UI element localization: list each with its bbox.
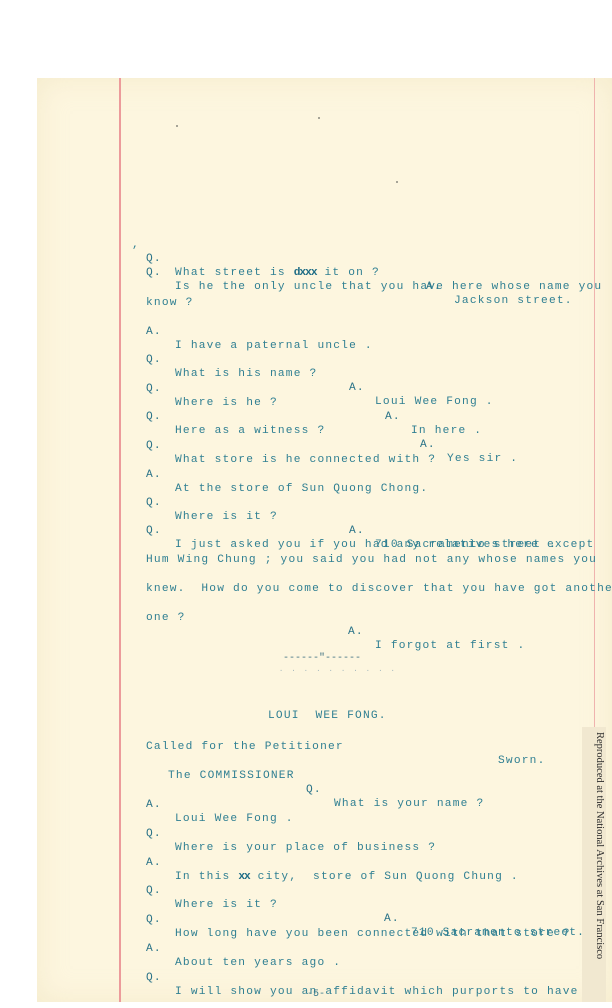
question-text: What is his name ?	[175, 367, 317, 381]
question-text: Where is it ?	[175, 898, 278, 912]
question-text: Where is it ?	[175, 510, 278, 524]
answer-text: Loui Wee Fong .	[375, 395, 494, 409]
stray-mark: ,	[132, 238, 140, 252]
question-label: Q.	[146, 884, 162, 898]
question-text: I will show you an affidavit which purpo…	[175, 985, 579, 999]
answer-text: In here .	[411, 424, 482, 438]
page-number: -5-	[307, 989, 325, 1000]
answer-text: I forgot at first .	[375, 639, 525, 653]
answer-text: At the store of Sun Quong Chong.	[175, 482, 428, 496]
question-label: Q.	[146, 266, 162, 280]
question-text: knew. How do you come to discover that y…	[146, 582, 612, 596]
question-label: Q.	[146, 913, 162, 927]
answer-label: A.	[348, 625, 364, 639]
question-text: How long have you been connected with th…	[175, 927, 571, 941]
answer-text: I have a paternal uncle .	[175, 339, 373, 353]
question-text-part: What street is	[175, 267, 294, 279]
answer-text-part: city, store of Sun Quong Chung .	[250, 871, 519, 883]
question-text: Is he the only uncle that you have here …	[175, 280, 602, 294]
witness-heading-line: LOUI WEE FONG.	[0, 695, 16, 723]
paper-speck	[396, 181, 398, 183]
question-label: Q.	[146, 524, 162, 538]
answer-text: In this xx city, store of Sun Quong Chun…	[175, 870, 519, 884]
answer-label: A.	[349, 381, 365, 395]
question-label: Q.	[146, 382, 162, 396]
answer-text: Loui Wee Fong .	[175, 812, 294, 826]
answer-label: A.	[420, 438, 436, 452]
question-text-part: it on ?	[317, 267, 380, 279]
transcript-line: know ?	[0, 282, 16, 310]
question-label: Q.	[146, 439, 162, 453]
question-text: I just asked you if you had any relative…	[175, 538, 594, 552]
answer-label: A.	[349, 524, 365, 538]
question-text: Here as a witness ?	[175, 424, 325, 438]
answer-label: A.	[146, 325, 162, 339]
question-label: Q.	[146, 496, 162, 510]
answer-label: A.	[146, 942, 162, 956]
question-text: Where is your place of business ?	[175, 841, 436, 855]
answer-label: A.	[385, 410, 401, 424]
transcript-line: Hum Wing Chung ; you said you had not an…	[0, 539, 16, 567]
section-separator: ------"------	[283, 653, 361, 664]
question-label: Q.	[306, 783, 322, 797]
question-label: Q.	[146, 410, 162, 424]
question-text: Where is he ?	[175, 396, 278, 410]
transcript-line: knew. How do you come to discover that y…	[0, 568, 16, 596]
question-text: one ?	[146, 611, 186, 625]
question-label: Q.	[146, 353, 162, 367]
answer-label: A.	[384, 912, 400, 926]
question-label: Q.	[146, 252, 162, 266]
question-text: Hum Wing Chung ; you said you had not an…	[146, 553, 597, 567]
paper-speck	[176, 125, 178, 127]
answer-text: Jackson street.	[454, 294, 573, 308]
struck-out-text: dxxx	[294, 267, 317, 279]
question-text: know ?	[146, 296, 193, 310]
transcript-line: one ? A. I forgot at first .	[0, 597, 16, 653]
section-separator-dots: . . . . . . . . . .	[279, 666, 397, 674]
struck-out-text: xx	[238, 871, 249, 883]
question-text: What store is he connected with ?	[175, 453, 436, 467]
speaker-label: The COMMISSIONER	[168, 769, 295, 783]
answer-text: Yes sir .	[447, 452, 518, 466]
question-text: What is your name ?	[334, 797, 484, 811]
question-label: Q.	[146, 971, 162, 985]
answer-label: A.	[146, 468, 162, 482]
paper-speck	[318, 117, 320, 119]
answer-text: About ten years ago .	[175, 956, 341, 970]
left-margin-rule	[119, 78, 121, 1002]
question-label: Q.	[146, 827, 162, 841]
archive-stamp: Reproduced at the National Archives at S…	[594, 732, 605, 959]
answer-label: A.	[146, 798, 162, 812]
answer-text-part: In this	[175, 871, 238, 883]
question-text: What street is dxxx it on ?	[175, 266, 380, 280]
transcript-line: Q. I will show you an affidavit which pu…	[0, 957, 16, 999]
called-for-text: Called for the Petitioner	[146, 740, 344, 754]
sworn-text: Sworn.	[498, 754, 545, 768]
answer-label: A.	[146, 856, 162, 870]
witness-heading: LOUI WEE FONG.	[268, 709, 387, 723]
